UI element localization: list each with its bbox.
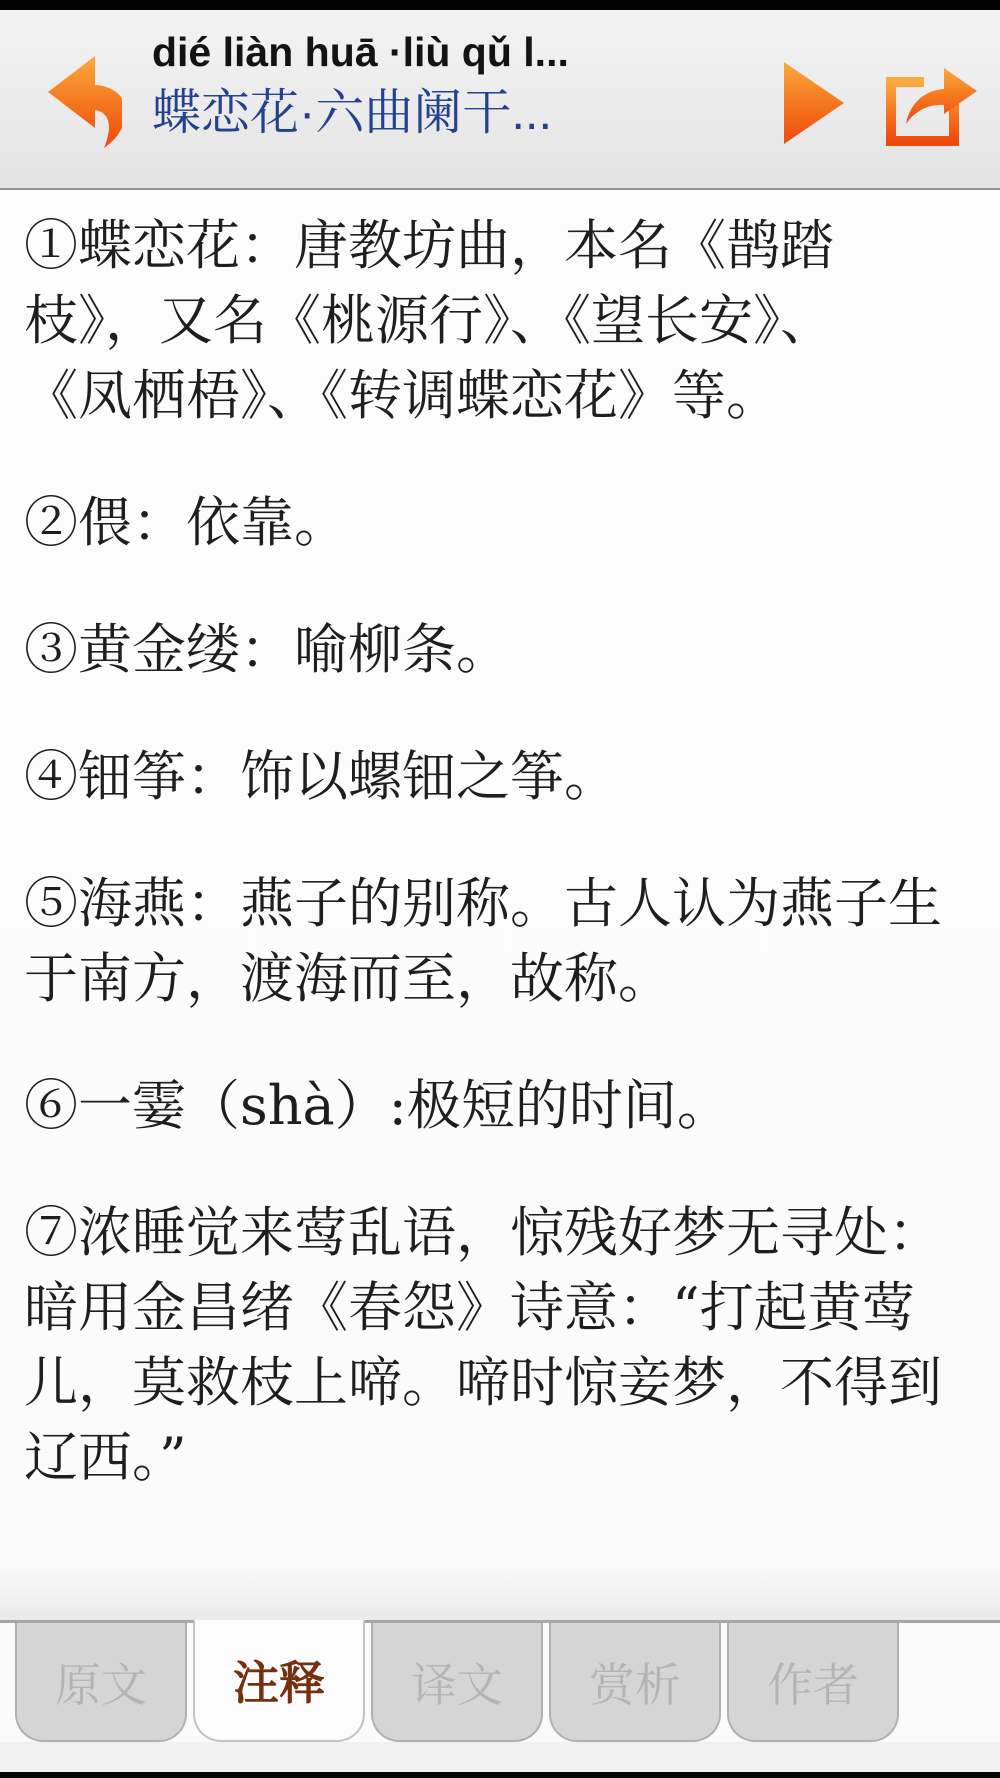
annotation-item: ⑥一霎（shà）:极短的时间。 bbox=[24, 1068, 976, 1143]
annotation-list[interactable]: ①蝶恋花：唐教坊曲，本名《鹊踏 枝》，又名《桃源行》、《望长安》、 《凤栖梧》、… bbox=[0, 190, 1000, 1620]
header: dié liàn huā ·liù qǔ l... 蝶恋花·六曲阑干... bbox=[0, 10, 1000, 190]
back-button[interactable] bbox=[38, 52, 122, 152]
bottom-black-bar bbox=[0, 1772, 1000, 1778]
tab-bar-filler bbox=[0, 1742, 1000, 1772]
annotation-item: ②偎：依靠。 bbox=[24, 485, 976, 560]
annotation-item: ③黄金缕：喻柳条。 bbox=[24, 612, 976, 687]
title-pinyin: dié liàn huā ·liù qǔ l... bbox=[152, 26, 752, 78]
share-icon bbox=[882, 58, 978, 148]
top-black-bar bbox=[0, 0, 1000, 10]
tab-annotation[interactable]: 注释 bbox=[193, 1620, 365, 1742]
tab-bar: 原文注释译文赏析作者 bbox=[0, 1620, 1000, 1742]
tab-original[interactable]: 原文 bbox=[15, 1623, 187, 1742]
app-screen: dié liàn huā ·liù qǔ l... 蝶恋花·六曲阑干... ①蝶… bbox=[0, 0, 1000, 1778]
annotation-item: ⑤海燕：燕子的别称。古人认为燕子生 于南方，渡海而至，故称。 bbox=[24, 866, 976, 1016]
annotation-item: ④钿筝：饰以螺钿之筝。 bbox=[24, 739, 976, 814]
play-button[interactable] bbox=[782, 60, 846, 146]
share-button[interactable] bbox=[882, 58, 978, 148]
annotation-item: ⑦浓睡觉来莺乱语，惊残好梦无寻处： 暗用金昌绪《春怨》诗意：“打起黄莺 儿，莫救… bbox=[24, 1195, 976, 1495]
tab-author[interactable]: 作者 bbox=[727, 1623, 899, 1742]
tab-translation[interactable]: 译文 bbox=[371, 1623, 543, 1742]
back-icon bbox=[38, 52, 122, 152]
title-chinese: 蝶恋花·六曲阑干... bbox=[152, 84, 752, 142]
title-group: dié liàn huā ·liù qǔ l... 蝶恋花·六曲阑干... bbox=[152, 26, 752, 142]
play-icon bbox=[782, 60, 846, 146]
annotation-item: ①蝶恋花：唐教坊曲，本名《鹊踏 枝》，又名《桃源行》、《望长安》、 《凤栖梧》、… bbox=[24, 208, 976, 433]
tab-appreciation[interactable]: 赏析 bbox=[549, 1623, 721, 1742]
